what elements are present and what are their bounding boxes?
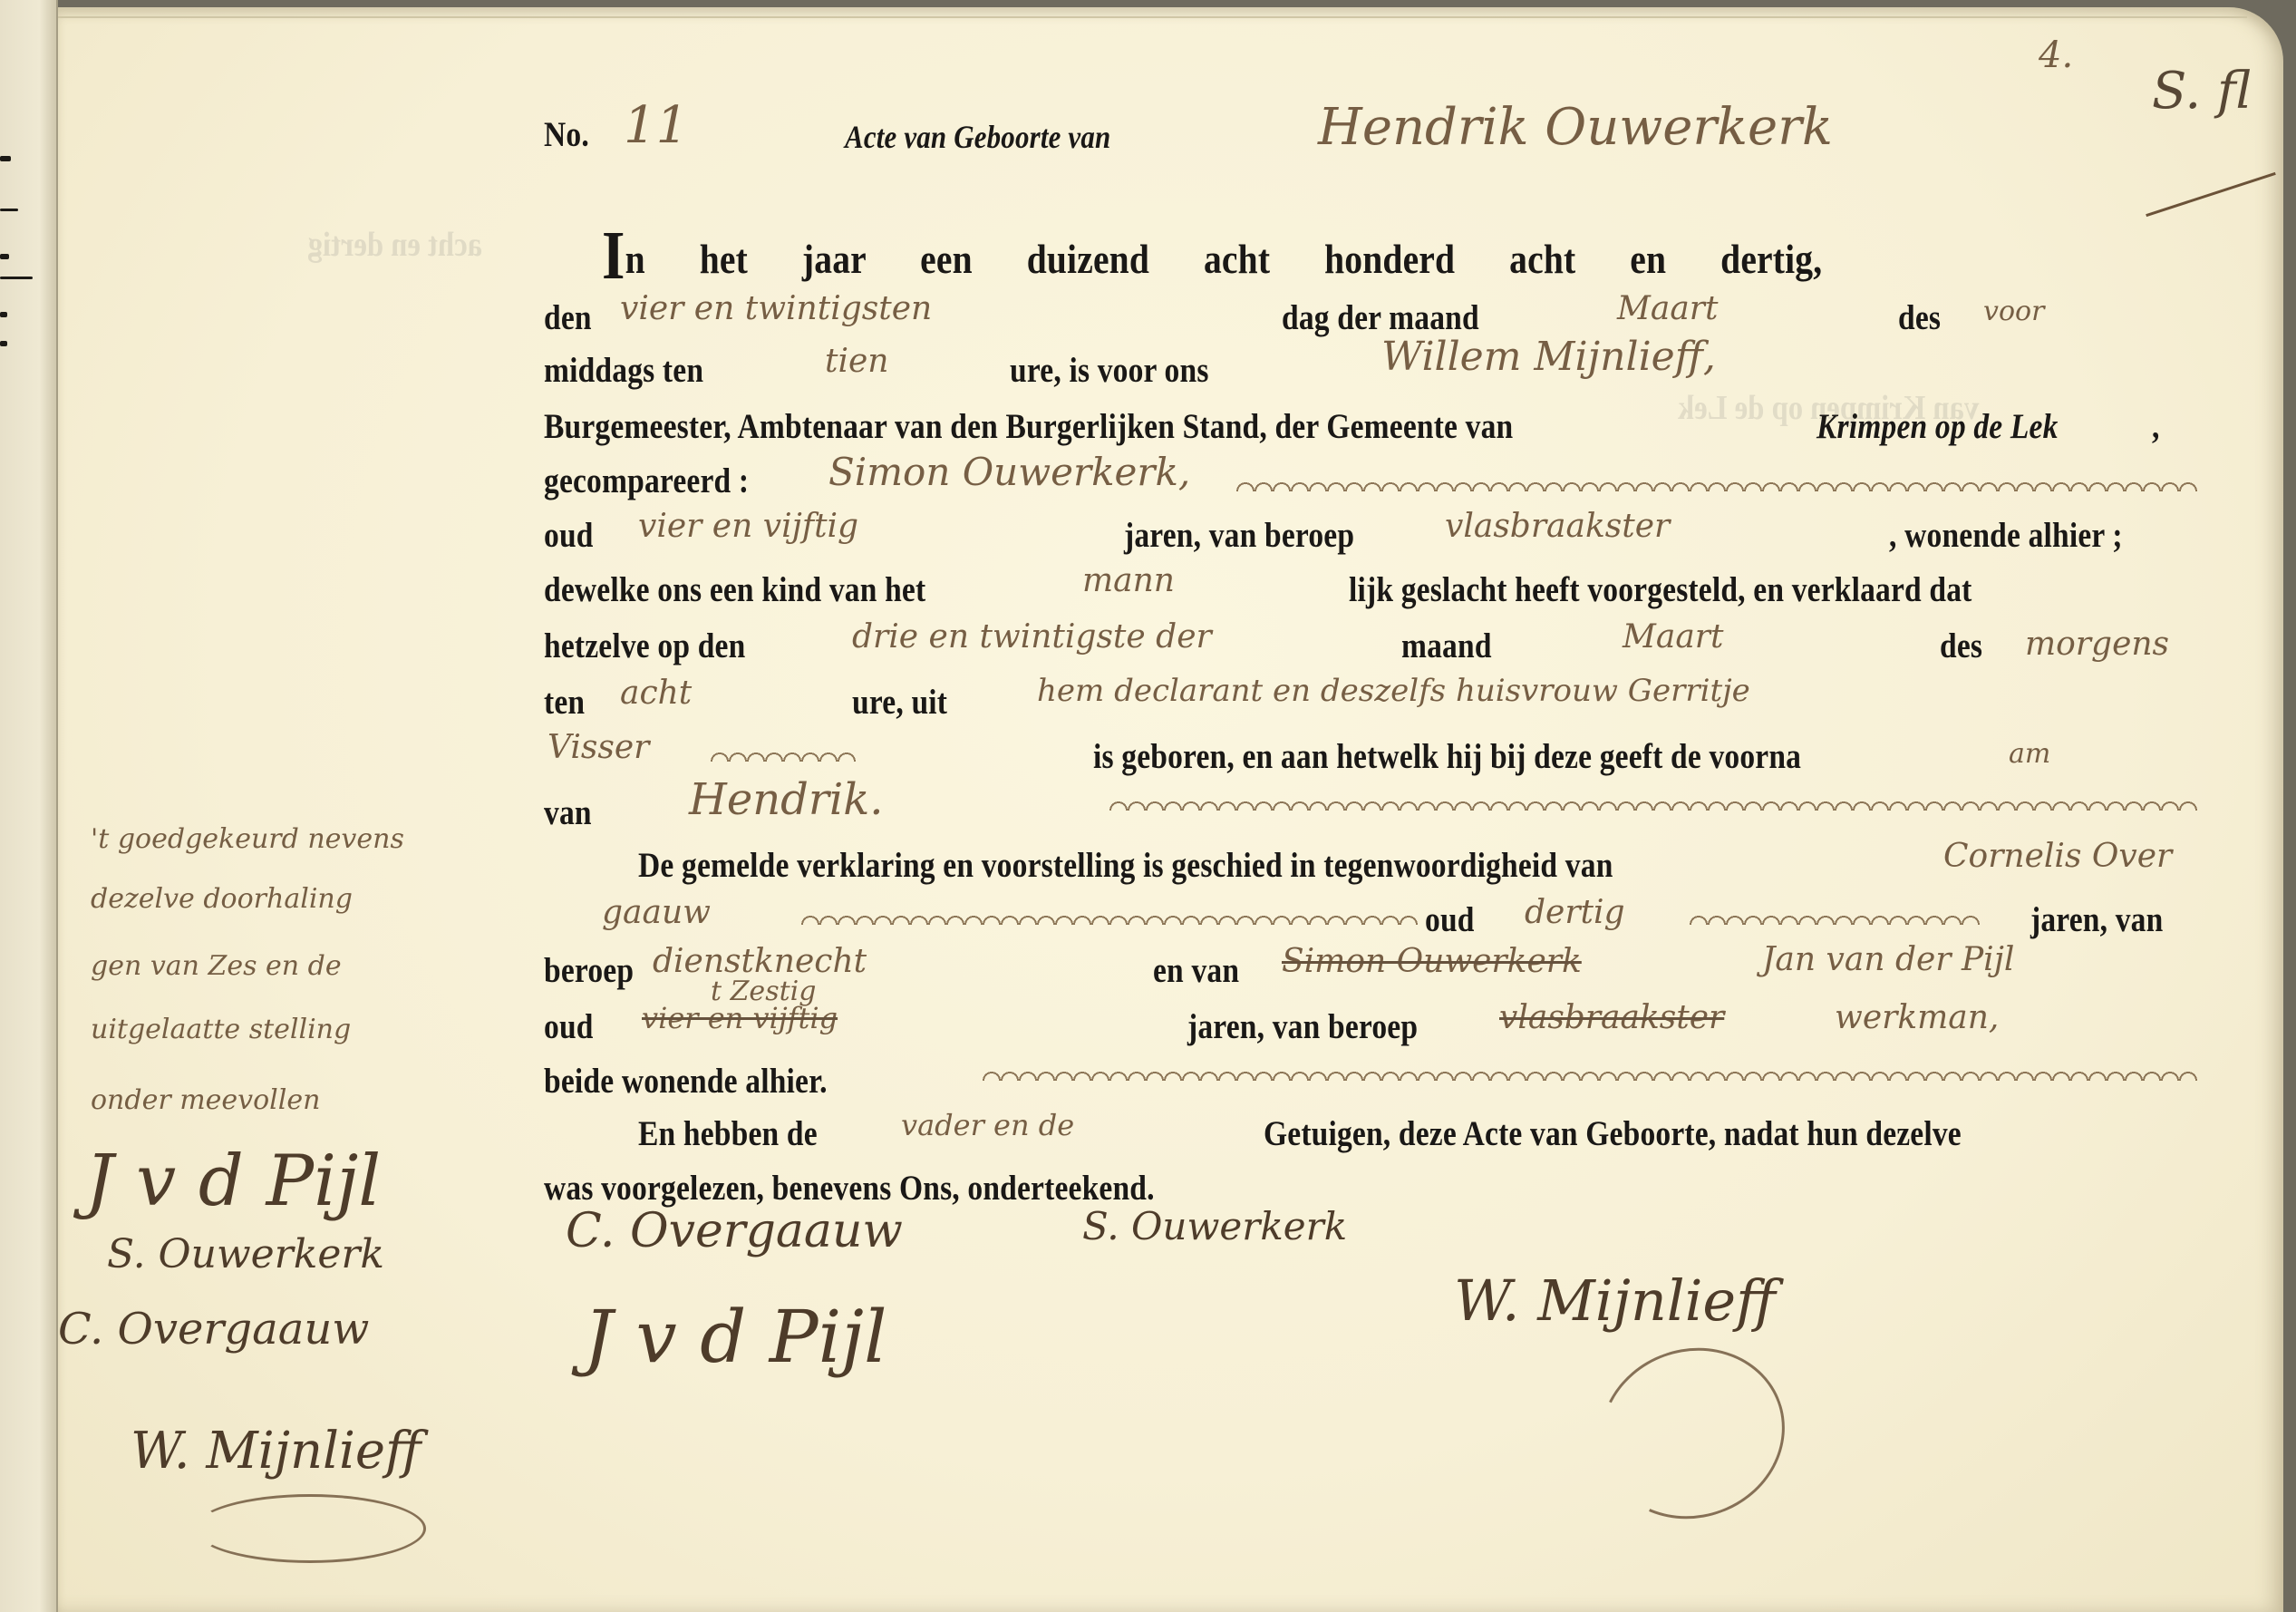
- record-number-label: No.: [544, 114, 589, 155]
- signature-margin-vdpijl: J v d Pijl: [85, 1141, 381, 1222]
- edge-ink-mark: [0, 312, 7, 317]
- print-beide-wonende: beide wonende alhier.: [544, 1061, 828, 1102]
- print-burgemeester-line: Burgemeester, Ambtenaar van den Burgerli…: [544, 406, 1513, 447]
- hand-mother-surname: Visser: [547, 729, 649, 766]
- signature-flourish: [1575, 1322, 1808, 1544]
- print-den: den: [544, 297, 592, 338]
- margin-note-line: dezelve doorhaling: [91, 883, 353, 915]
- edge-ink-mark: [0, 156, 11, 161]
- record-number-value: 11: [624, 96, 688, 155]
- municipality-name: Krimpen op de Lek: [1816, 406, 2059, 447]
- fill-line-squiggle: [1236, 479, 2197, 491]
- hand-declarant-age: vier en vijftig: [638, 508, 858, 545]
- print-getuigen-line: Getuigen, deze Acte van Geboorte, nadat …: [1264, 1113, 1962, 1154]
- hand-birth-hour: acht: [620, 675, 692, 712]
- signature-margin-mijnlieff: W. Mijnlieff: [131, 1422, 421, 1481]
- hand-witness1-age: dertig: [1525, 894, 1625, 931]
- bleed-through-text: acht en dertig: [308, 225, 482, 265]
- print-maand: maand: [1401, 626, 1492, 666]
- print-en-van: en van: [1153, 950, 1239, 991]
- hand-declarant-profession: vlasbraakster: [1445, 508, 1670, 545]
- hand-vader-en-de: vader en de: [901, 1108, 1074, 1142]
- hand-birth-day: drie en twintigste der: [852, 618, 1212, 655]
- print-gecompareerd: gecompareerd :: [544, 461, 749, 501]
- print-ten: ten: [544, 682, 585, 723]
- hand-am: am: [2009, 738, 2050, 770]
- hand-witness2-name: Jan van der Pijl: [1762, 941, 2014, 978]
- print-is-geboren-line: is geboren, en aan hetwelk hij bij deze …: [1093, 736, 1801, 777]
- print-en-hebben-de: En hebben de: [638, 1113, 818, 1154]
- print-jaren-van-beroep-2: jaren, van beroep: [1187, 1006, 1418, 1047]
- corner-mark: S. fl: [2152, 62, 2251, 121]
- hand-struck-name: Simon Ouwerkerk: [1282, 943, 1582, 980]
- print-geslacht-line: lijk geslacht heeft voorgesteld, en verk…: [1349, 569, 1972, 610]
- hand-witness1-profession: dienstknecht: [653, 943, 867, 980]
- page-number: 4.: [2039, 34, 2073, 76]
- corner-underline: [2146, 172, 2276, 217]
- margin-note-line: 't goedgekeurd nevens: [91, 823, 404, 855]
- child-full-name: Hendrik Ouwerkerk: [1318, 98, 1833, 157]
- print-beroep: beroep: [544, 950, 634, 991]
- previous-page-edge: [0, 0, 58, 1612]
- fill-line-squiggle: [711, 749, 856, 762]
- hand-voor: voor: [1983, 296, 2044, 327]
- signature-ouwerkerk: S. Ouwerkerk: [1082, 1204, 1347, 1248]
- print-oud-3: oud: [544, 1006, 594, 1047]
- margin-note-line: uitgelaatte stelling: [91, 1014, 351, 1045]
- print-van: van: [544, 792, 592, 833]
- edge-ink-mark: [0, 209, 18, 211]
- print-dewelke: dewelke ons een kind van het: [544, 569, 925, 610]
- print-jaren-van-beroep: jaren, van beroep: [1124, 515, 1354, 556]
- print-ure-uit: ure, uit: [852, 682, 947, 723]
- signature-mijnlieff-mayor: W. Mijnlieff: [1454, 1267, 1776, 1334]
- hand-birth-month: Maart: [1623, 618, 1723, 655]
- print-middags-ten: middags ten: [544, 350, 703, 391]
- document-page: acht en dertig van Krimpen op de Lek 4. …: [58, 7, 2283, 1612]
- hand-morgens: morgens: [2025, 626, 2169, 663]
- print-oud: oud: [544, 515, 594, 556]
- signature-margin-ouwerkerk: S. Ouwerkerk: [107, 1231, 384, 1277]
- print-des: des: [1898, 297, 1941, 338]
- print-gemelde-verklaring: De gemelde verklaring en voorstelling is…: [638, 845, 1613, 886]
- print-jaren-van: jaren, van: [2030, 899, 2163, 940]
- print-hetzelve-op-den: hetzelve op den: [544, 626, 745, 666]
- edge-ink-mark: [0, 341, 7, 346]
- document-title: Acte van Geboorte van: [845, 118, 1110, 156]
- fill-line-squiggle: [1690, 912, 1980, 925]
- hand-struck-profession: vlasbraakster: [1499, 999, 1724, 1036]
- hand-witness1-name: Cornelis Over: [1943, 838, 2172, 875]
- hand-declarant-name: Simon Ouwerkerk,: [828, 450, 1190, 494]
- hand-struck-age: vier en vijftig: [642, 1001, 838, 1035]
- print-oud-2: oud: [1425, 899, 1475, 940]
- print-wonende-alhier: , wonende alhier ;: [1889, 515, 2123, 556]
- margin-note-line: onder meevollen: [91, 1084, 320, 1116]
- fill-line-squiggle: [801, 912, 1418, 925]
- hand-witness1-surname: gaauw: [602, 894, 711, 931]
- hand-hour: tien: [825, 343, 888, 380]
- edge-ink-mark: [0, 277, 33, 279]
- hand-sex: mann: [1082, 562, 1175, 599]
- hand-day: vier en twintigsten: [620, 290, 932, 327]
- page-top-edge: [58, 16, 2247, 18]
- drop-cap: I: [602, 218, 625, 294]
- hand-witness2-profession: werkman,: [1835, 999, 1999, 1036]
- signature-overgaauw: C. Overgaauw: [566, 1204, 903, 1258]
- signature-flourish: [194, 1494, 426, 1563]
- print-was-voorgelezen: was voorgelezen, benevens Ons, onderteek…: [544, 1168, 1155, 1209]
- signature-margin-overgaauw: C. Overgaauw: [58, 1304, 369, 1355]
- fill-line-squiggle: [1109, 798, 2197, 811]
- print-is-voor-ons: ure, is voor ons: [1010, 350, 1209, 391]
- print-dag-der-maand: dag der maand: [1282, 297, 1479, 338]
- edge-ink-mark: [0, 254, 9, 259]
- print-comma: ,: [2152, 406, 2160, 447]
- print-des-2: des: [1940, 626, 1982, 666]
- fill-line-squiggle: [983, 1068, 2197, 1081]
- signature-vdpijl: J v d Pijl: [584, 1295, 887, 1379]
- text-line-1: In het jaar een duizend acht honderd ach…: [602, 221, 1822, 290]
- hand-official-name: Willem Mijnlieff,: [1381, 334, 1716, 380]
- hand-parents: hem declarant en deszelfs huisvrouw Gerr…: [1037, 673, 1750, 709]
- hand-given-name: Hendrik.: [689, 774, 884, 825]
- margin-note-line: gen van Zes en de: [91, 950, 342, 982]
- hand-month: Maart: [1617, 290, 1718, 327]
